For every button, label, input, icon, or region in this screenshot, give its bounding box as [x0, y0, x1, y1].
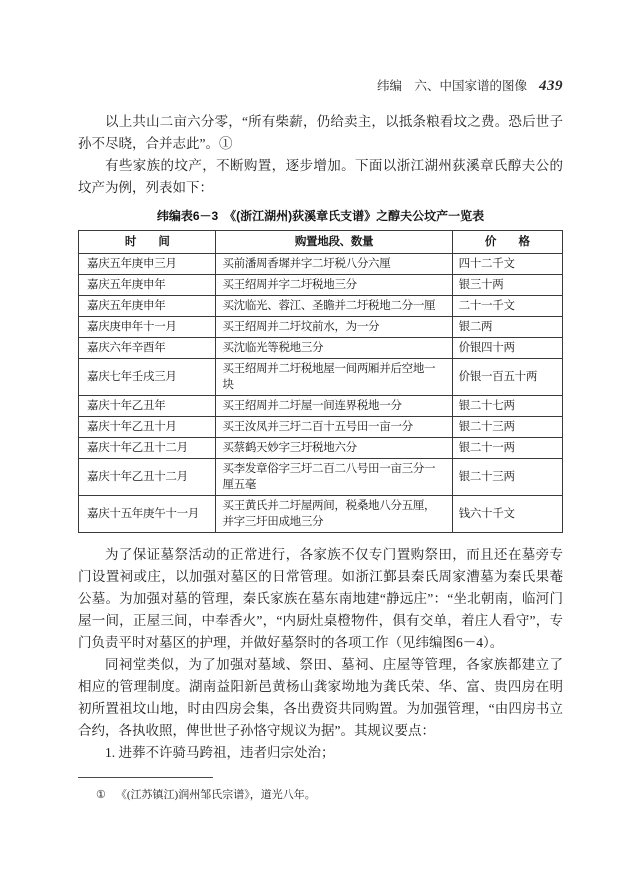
- paragraph-grave-management: 为了保证墓祭活动的正常进行，各家族不仅专门置购祭田，而且还在墓旁专门设置祠或庄，…: [78, 544, 563, 654]
- running-head: 纬编 六、中国家谱的图像 439: [78, 76, 563, 95]
- cell-price: 钱六十千文: [452, 496, 562, 533]
- table-row: 嘉庆十年乙丑年买王绍周并二圩屋一间连界税地一分银二十七两: [79, 396, 563, 417]
- paragraph-quote-end: 以上共山二亩六分零，“所有柴薪，仍给卖主，以抵条粮看坟之费。恐后世子孙不尽晓，合…: [78, 111, 563, 155]
- cell-purchase-detail: 买蔡鹤天妙字三圩税地六分: [216, 438, 452, 459]
- cell-purchase-detail: 买李发章俗字三圩二百二八号田一亩三分一厘五毫: [216, 459, 452, 496]
- cell-time: 嘉庆十年乙丑年: [79, 396, 216, 417]
- cell-price: 银二两: [452, 317, 562, 338]
- table-row: 嘉庆十年乙丑十二月买蔡鹤天妙字三圩税地六分银二十一两: [79, 438, 563, 459]
- page-number: 439: [539, 78, 563, 95]
- footnote: ①《(江苏镇江)润州邹氏宗谱》，道光八年。: [78, 787, 563, 803]
- book-page: 纬编 六、中国家谱的图像 439 以上共山二亩六分零，“所有柴薪，仍给卖主，以抵…: [0, 0, 634, 888]
- cell-price: 银二十三两: [452, 459, 562, 496]
- cell-purchase-detail: 买王汝凤并三圩二百十五号田一亩一分: [216, 417, 452, 438]
- cell-purchase-detail: 买王绍周并二圩坟前水，为一分: [216, 317, 452, 338]
- cell-time: 嘉庆庚申年十一月: [79, 317, 216, 338]
- table-column-header: 购置地段、数量: [216, 231, 452, 254]
- table-caption: 纬编表6－3 《(浙江湖州)荻溪章氏支谱》之醇夫公坟产一览表: [78, 207, 563, 224]
- cell-purchase-detail: 买前潘周香墀并字二圩税八分六厘: [216, 254, 452, 275]
- cell-purchase-detail: 买王绍周并二圩税地屋一间两厢并后空地一块: [216, 359, 452, 396]
- cell-price: 银二十一两: [452, 438, 562, 459]
- table-row: 嘉庆十年乙丑十月买王汝凤并三圩二百十五号田一亩一分银二十三两: [79, 417, 563, 438]
- cell-time: 嘉庆十年乙丑十月: [79, 417, 216, 438]
- cell-price: 四十二千文: [452, 254, 562, 275]
- cell-time: 嘉庆十五年庚午十一月: [79, 496, 216, 533]
- table-row: 嘉庆五年庚申年买沈临光、蓉江、圣瞻并二圩税地二分一厘二十一千文: [79, 296, 563, 317]
- grave-property-table: 时 间购置地段、数量价 格 嘉庆五年庚申三月买前潘周香墀并字二圩税八分六厘四十二…: [78, 230, 563, 533]
- rule-item-1: 1. 进葬不许骑马跨祖，违者归宗处治；: [78, 742, 563, 764]
- footnote-area: ①《(江苏镇江)润州邹氏宗谱》，道光八年。: [78, 777, 563, 803]
- paragraph-table-intro: 有些家族的坟产，不断购置，逐步增加。下面以浙江湖州荻溪章氏醇夫公的坟产为例，列表…: [78, 155, 563, 199]
- cell-time: 嘉庆十年乙丑十二月: [79, 459, 216, 496]
- cell-time: 嘉庆六年辛酉年: [79, 338, 216, 359]
- table-row: 嘉庆庚申年十一月买王绍周并二圩坟前水，为一分银二两: [79, 317, 563, 338]
- cell-purchase-detail: 买沈临光等税地三分: [216, 338, 452, 359]
- cell-price: 价银一百五十两: [452, 359, 562, 396]
- cell-time: 嘉庆五年庚申年: [79, 275, 216, 296]
- paragraph-rules-intro: 同祠堂类似，为了加强对墓域、祭田、墓祠、庄屋等管理，各家族都建立了相应的管理制度…: [78, 654, 563, 742]
- table-row: 嘉庆七年壬戌三月买王绍周并二圩税地屋一间两厢并后空地一块价银一百五十两: [79, 359, 563, 396]
- table-row: 嘉庆五年庚申年买王绍周并字二圩税地三分银三十两: [79, 275, 563, 296]
- table-row: 嘉庆十年乙丑十二月买李发章俗字三圩二百二八号田一亩三分一厘五毫银二十三两: [79, 459, 563, 496]
- cell-time: 嘉庆七年壬戌三月: [79, 359, 216, 396]
- footnote-text: 《(江苏镇江)润州邹氏宗谱》，道光八年。: [116, 789, 316, 801]
- footnote-marker: ①: [96, 789, 106, 801]
- cell-price: 价银四十两: [452, 338, 562, 359]
- cell-price: 二十一千文: [452, 296, 562, 317]
- footnote-divider: [78, 777, 213, 778]
- cell-purchase-detail: 买王绍周并二圩屋一间连界税地一分: [216, 396, 452, 417]
- cell-time: 嘉庆十年乙丑十二月: [79, 438, 216, 459]
- cell-purchase-detail: 买王绍周并字二圩税地三分: [216, 275, 452, 296]
- table-column-header: 价 格: [452, 231, 562, 254]
- cell-price: 银三十两: [452, 275, 562, 296]
- cell-purchase-detail: 买沈临光、蓉江、圣瞻并二圩税地二分一厘: [216, 296, 452, 317]
- table-row: 嘉庆十五年庚午十一月买王黄氏并二圩屋两间，税桑地八分五厘，并字三圩田成地三分钱六…: [79, 496, 563, 533]
- cell-time: 嘉庆五年庚申年: [79, 296, 216, 317]
- cell-purchase-detail: 买王黄氏并二圩屋两间，税桑地八分五厘，并字三圩田成地三分: [216, 496, 452, 533]
- table-row: 嘉庆五年庚申三月买前潘周香墀并字二圩税八分六厘四十二千文: [79, 254, 563, 275]
- table-header-row: 时 间购置地段、数量价 格: [79, 231, 563, 254]
- table-row: 嘉庆六年辛酉年买沈临光等税地三分价银四十两: [79, 338, 563, 359]
- cell-price: 银二十三两: [452, 417, 562, 438]
- table-column-header: 时 间: [79, 231, 216, 254]
- running-head-title: 纬编 六、中国家谱的图像: [377, 76, 527, 94]
- cell-time: 嘉庆五年庚申三月: [79, 254, 216, 275]
- cell-price: 银二十七两: [452, 396, 562, 417]
